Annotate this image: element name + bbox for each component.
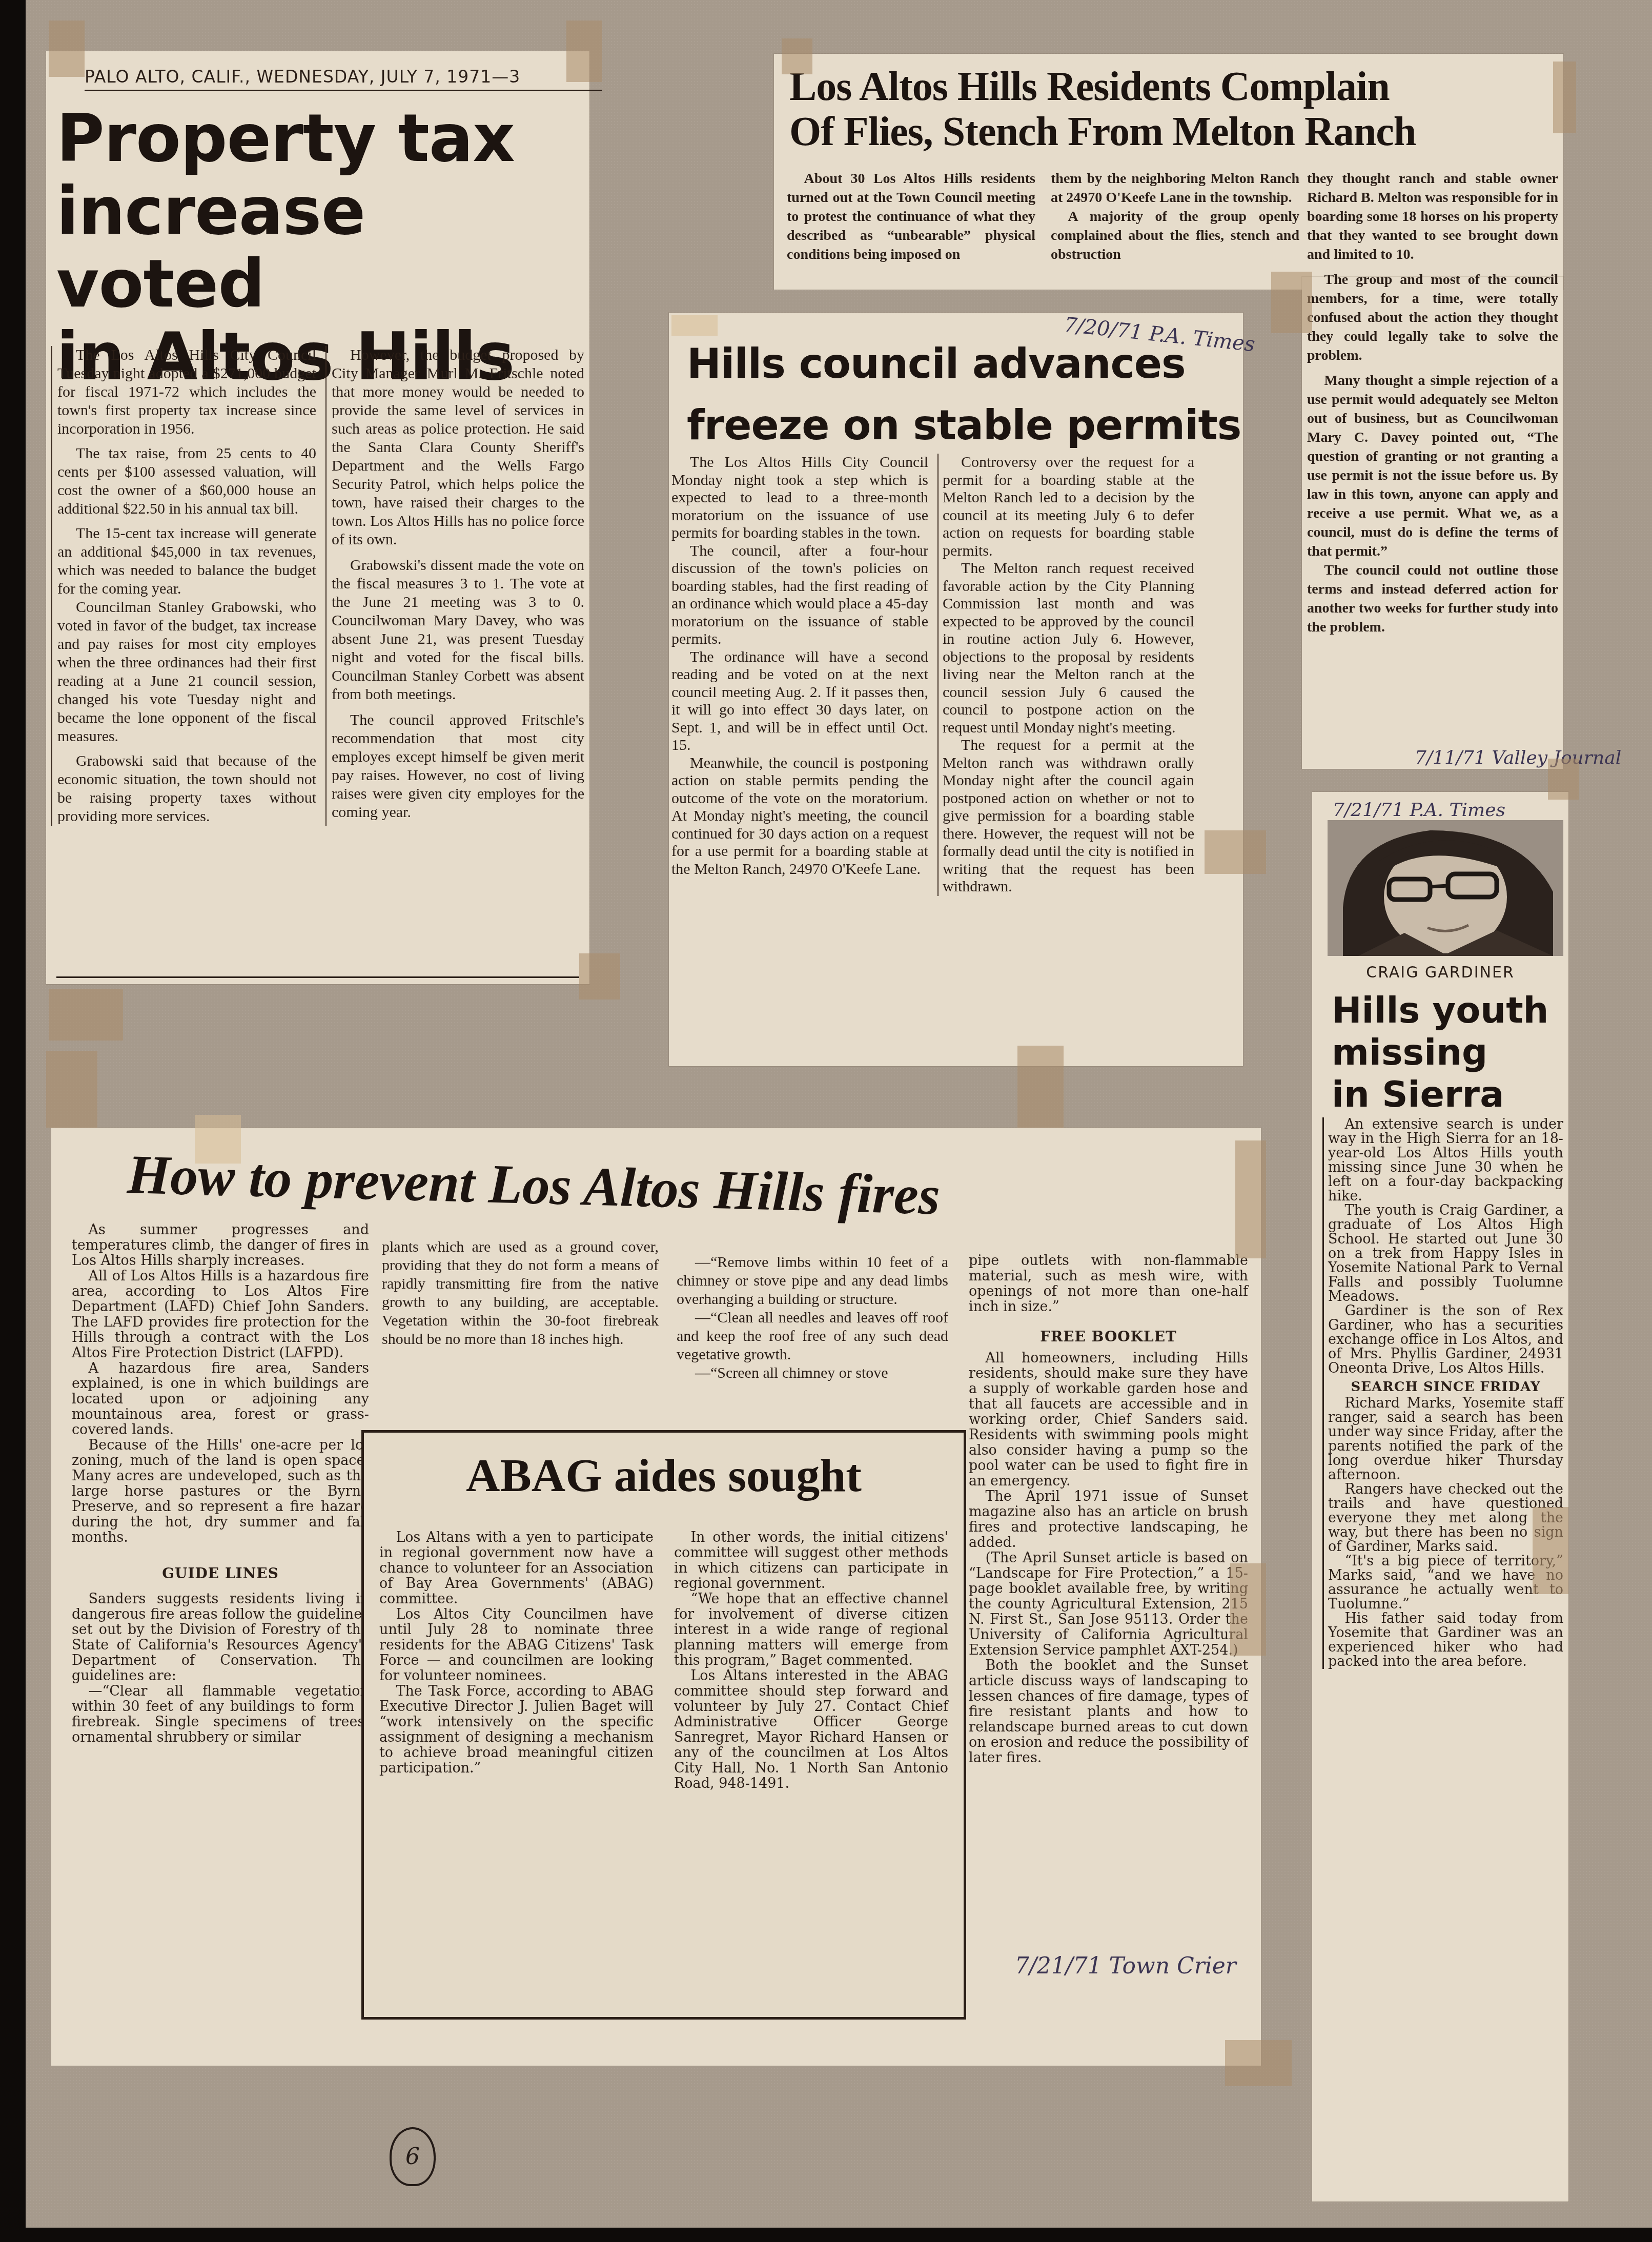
bottom-rule bbox=[56, 976, 579, 978]
tape-strip bbox=[1230, 1563, 1266, 1656]
photo-caption: CRAIG GARDINER bbox=[1312, 964, 1568, 982]
clipping-stable-permits: 7/20/71 P.A. Times Hills council advance… bbox=[669, 313, 1243, 1066]
handwritten-source-note: 7/21/71 Town Crier bbox=[1015, 1953, 1236, 1979]
tape-strip bbox=[671, 315, 718, 336]
column-1: The Los Altos Hills City Council Monday … bbox=[671, 454, 928, 896]
tape-strip bbox=[1548, 759, 1579, 800]
tape-strip bbox=[46, 1051, 97, 1128]
frame-bottom-edge bbox=[0, 2228, 1652, 2242]
tape-strip bbox=[1017, 1046, 1064, 1128]
tape-strip bbox=[566, 21, 602, 82]
column-1: Los Altans with a yen to participate in … bbox=[379, 1530, 654, 1791]
handwritten-source-note: 7/11/71 Valley Journal bbox=[1415, 747, 1621, 768]
column-1: As summer progresses and temperatures cl… bbox=[72, 1222, 369, 1745]
tape-strip bbox=[49, 21, 85, 77]
column-2: In other words, the initial citizens' co… bbox=[674, 1530, 948, 1791]
tape-strip bbox=[49, 989, 123, 1041]
photo-craig-gardiner bbox=[1328, 820, 1563, 956]
portrait-icon bbox=[1328, 820, 1563, 956]
column-4: pipe outlets with non-flammable material… bbox=[969, 1253, 1248, 1766]
subhead: SEARCH SINCE FRIDAY bbox=[1328, 1380, 1563, 1394]
article-body: The Los Altos Hills City Council Tuesday… bbox=[51, 346, 584, 826]
tape-strip bbox=[1235, 1140, 1266, 1258]
clipping-youth-missing: 7/21/71 P.A. Times CRAIG GARDINER Hills … bbox=[1312, 792, 1568, 2202]
page-number: 6 bbox=[405, 2144, 420, 2170]
column-3: they thought ranch and stable owner Rich… bbox=[1307, 169, 1558, 637]
subhead: GUIDE LINES bbox=[72, 1566, 369, 1581]
tape-strip bbox=[195, 1115, 241, 1164]
column-2: plants which are used as a ground cover,… bbox=[382, 1238, 659, 1349]
page-number-circle: 6 bbox=[390, 2127, 436, 2186]
clipping-property-tax: PALO ALTO, CALIF., WEDNESDAY, JULY 7, 19… bbox=[46, 51, 589, 984]
headline: How to prevent Los Altos Hills fires bbox=[127, 1143, 941, 1228]
clipping-melton-ranch-continued: they thought ranch and stable owner Rich… bbox=[1302, 277, 1563, 769]
article-body: The Los Altos Hills City Council Monday … bbox=[671, 454, 1194, 896]
headline: Hills council advances freeze on stable … bbox=[687, 333, 1241, 456]
tape-strip bbox=[782, 38, 812, 74]
headline: Hills youth missing in Sierra bbox=[1332, 989, 1548, 1115]
column-3: —“Remove limbs within 10 feet of a chimn… bbox=[677, 1253, 948, 1382]
tape-strip bbox=[579, 953, 620, 1000]
tape-strip bbox=[1533, 1507, 1568, 1594]
subhead: FREE BOOKLET bbox=[969, 1329, 1248, 1344]
column-2: Controversy over the request for a permi… bbox=[937, 454, 1194, 896]
headline: Los Altos Hills Residents Complain Of Fl… bbox=[789, 64, 1416, 154]
tape-strip bbox=[1205, 830, 1266, 874]
article-body: Los Altans with a yen to participate in … bbox=[379, 1530, 948, 1791]
column-2: However, the budget proposed by City Man… bbox=[325, 346, 584, 826]
tape-strip bbox=[1225, 2040, 1292, 2086]
article-body: About 30 Los Altos Hills residents turne… bbox=[787, 169, 1299, 264]
column-2: them by the neighboring Melton Ranch at … bbox=[1051, 169, 1299, 264]
headline: ABAG aides sought bbox=[364, 1448, 964, 1502]
column-1: The Los Altos Hills City Council Tuesday… bbox=[57, 346, 316, 826]
column-1: About 30 Los Altos Hills residents turne… bbox=[787, 169, 1035, 264]
tape-strip bbox=[1553, 62, 1576, 133]
tape-strip bbox=[1271, 272, 1312, 333]
boxed-article-abag: ABAG aides sought Los Altans with a yen … bbox=[361, 1430, 966, 2020]
article-body: An extensive search is under way in the … bbox=[1322, 1117, 1563, 1669]
dateline: PALO ALTO, CALIF., WEDNESDAY, JULY 7, 19… bbox=[85, 67, 602, 91]
clipping-fire-prevention: How to prevent Los Altos Hills fires As … bbox=[51, 1128, 1261, 2066]
handwritten-source-note: 7/21/71 P.A. Times bbox=[1333, 800, 1505, 821]
